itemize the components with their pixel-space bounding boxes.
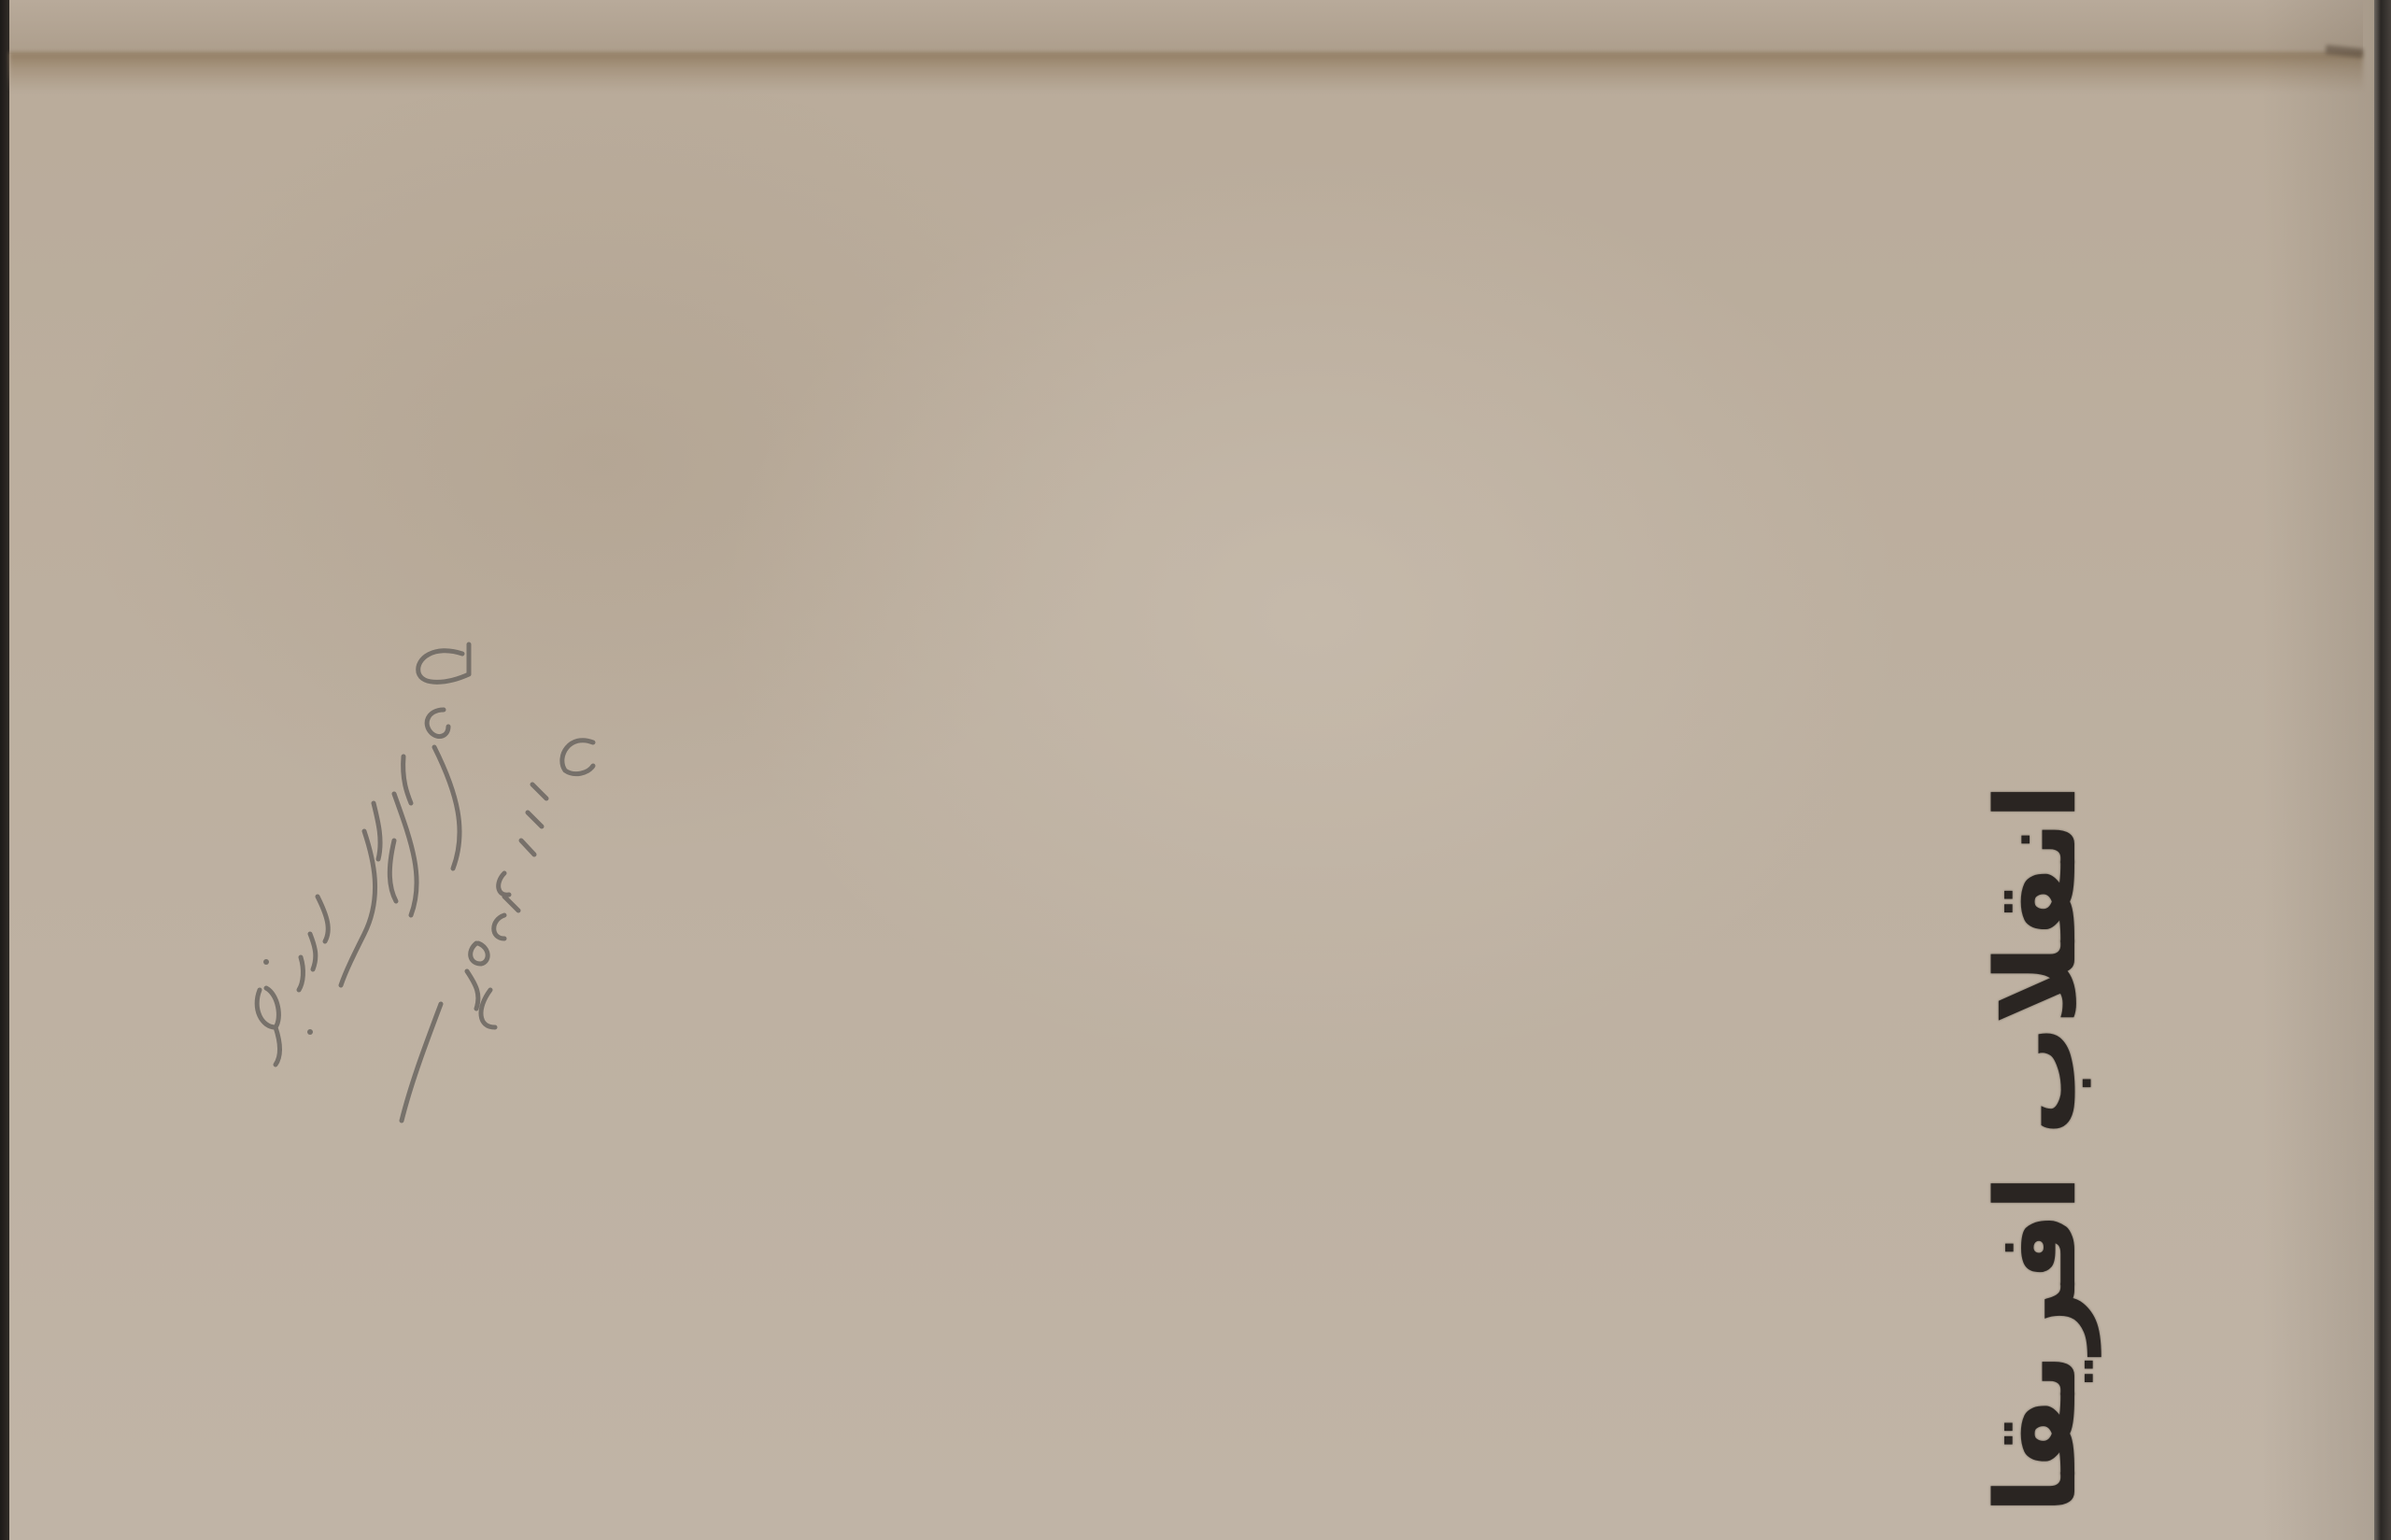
handwritten-inscription: محمد حسین ... از دوستان ... ۵۲-۲-۱۶ (۵۰۳… <box>224 616 654 1289</box>
photo-scene: انقلاب افریقا <box>0 0 2391 1540</box>
title-block: انقلاب افریقا <box>1943 859 2129 1438</box>
page-binding-shadow <box>2262 0 2374 1540</box>
book-title: انقلاب افریقا <box>1972 783 2101 1515</box>
page-top-flap <box>9 0 2363 54</box>
pencil-strokes <box>224 616 654 1289</box>
book-spine-edge <box>2374 0 2391 1540</box>
page-fold-stain <box>9 52 2363 92</box>
